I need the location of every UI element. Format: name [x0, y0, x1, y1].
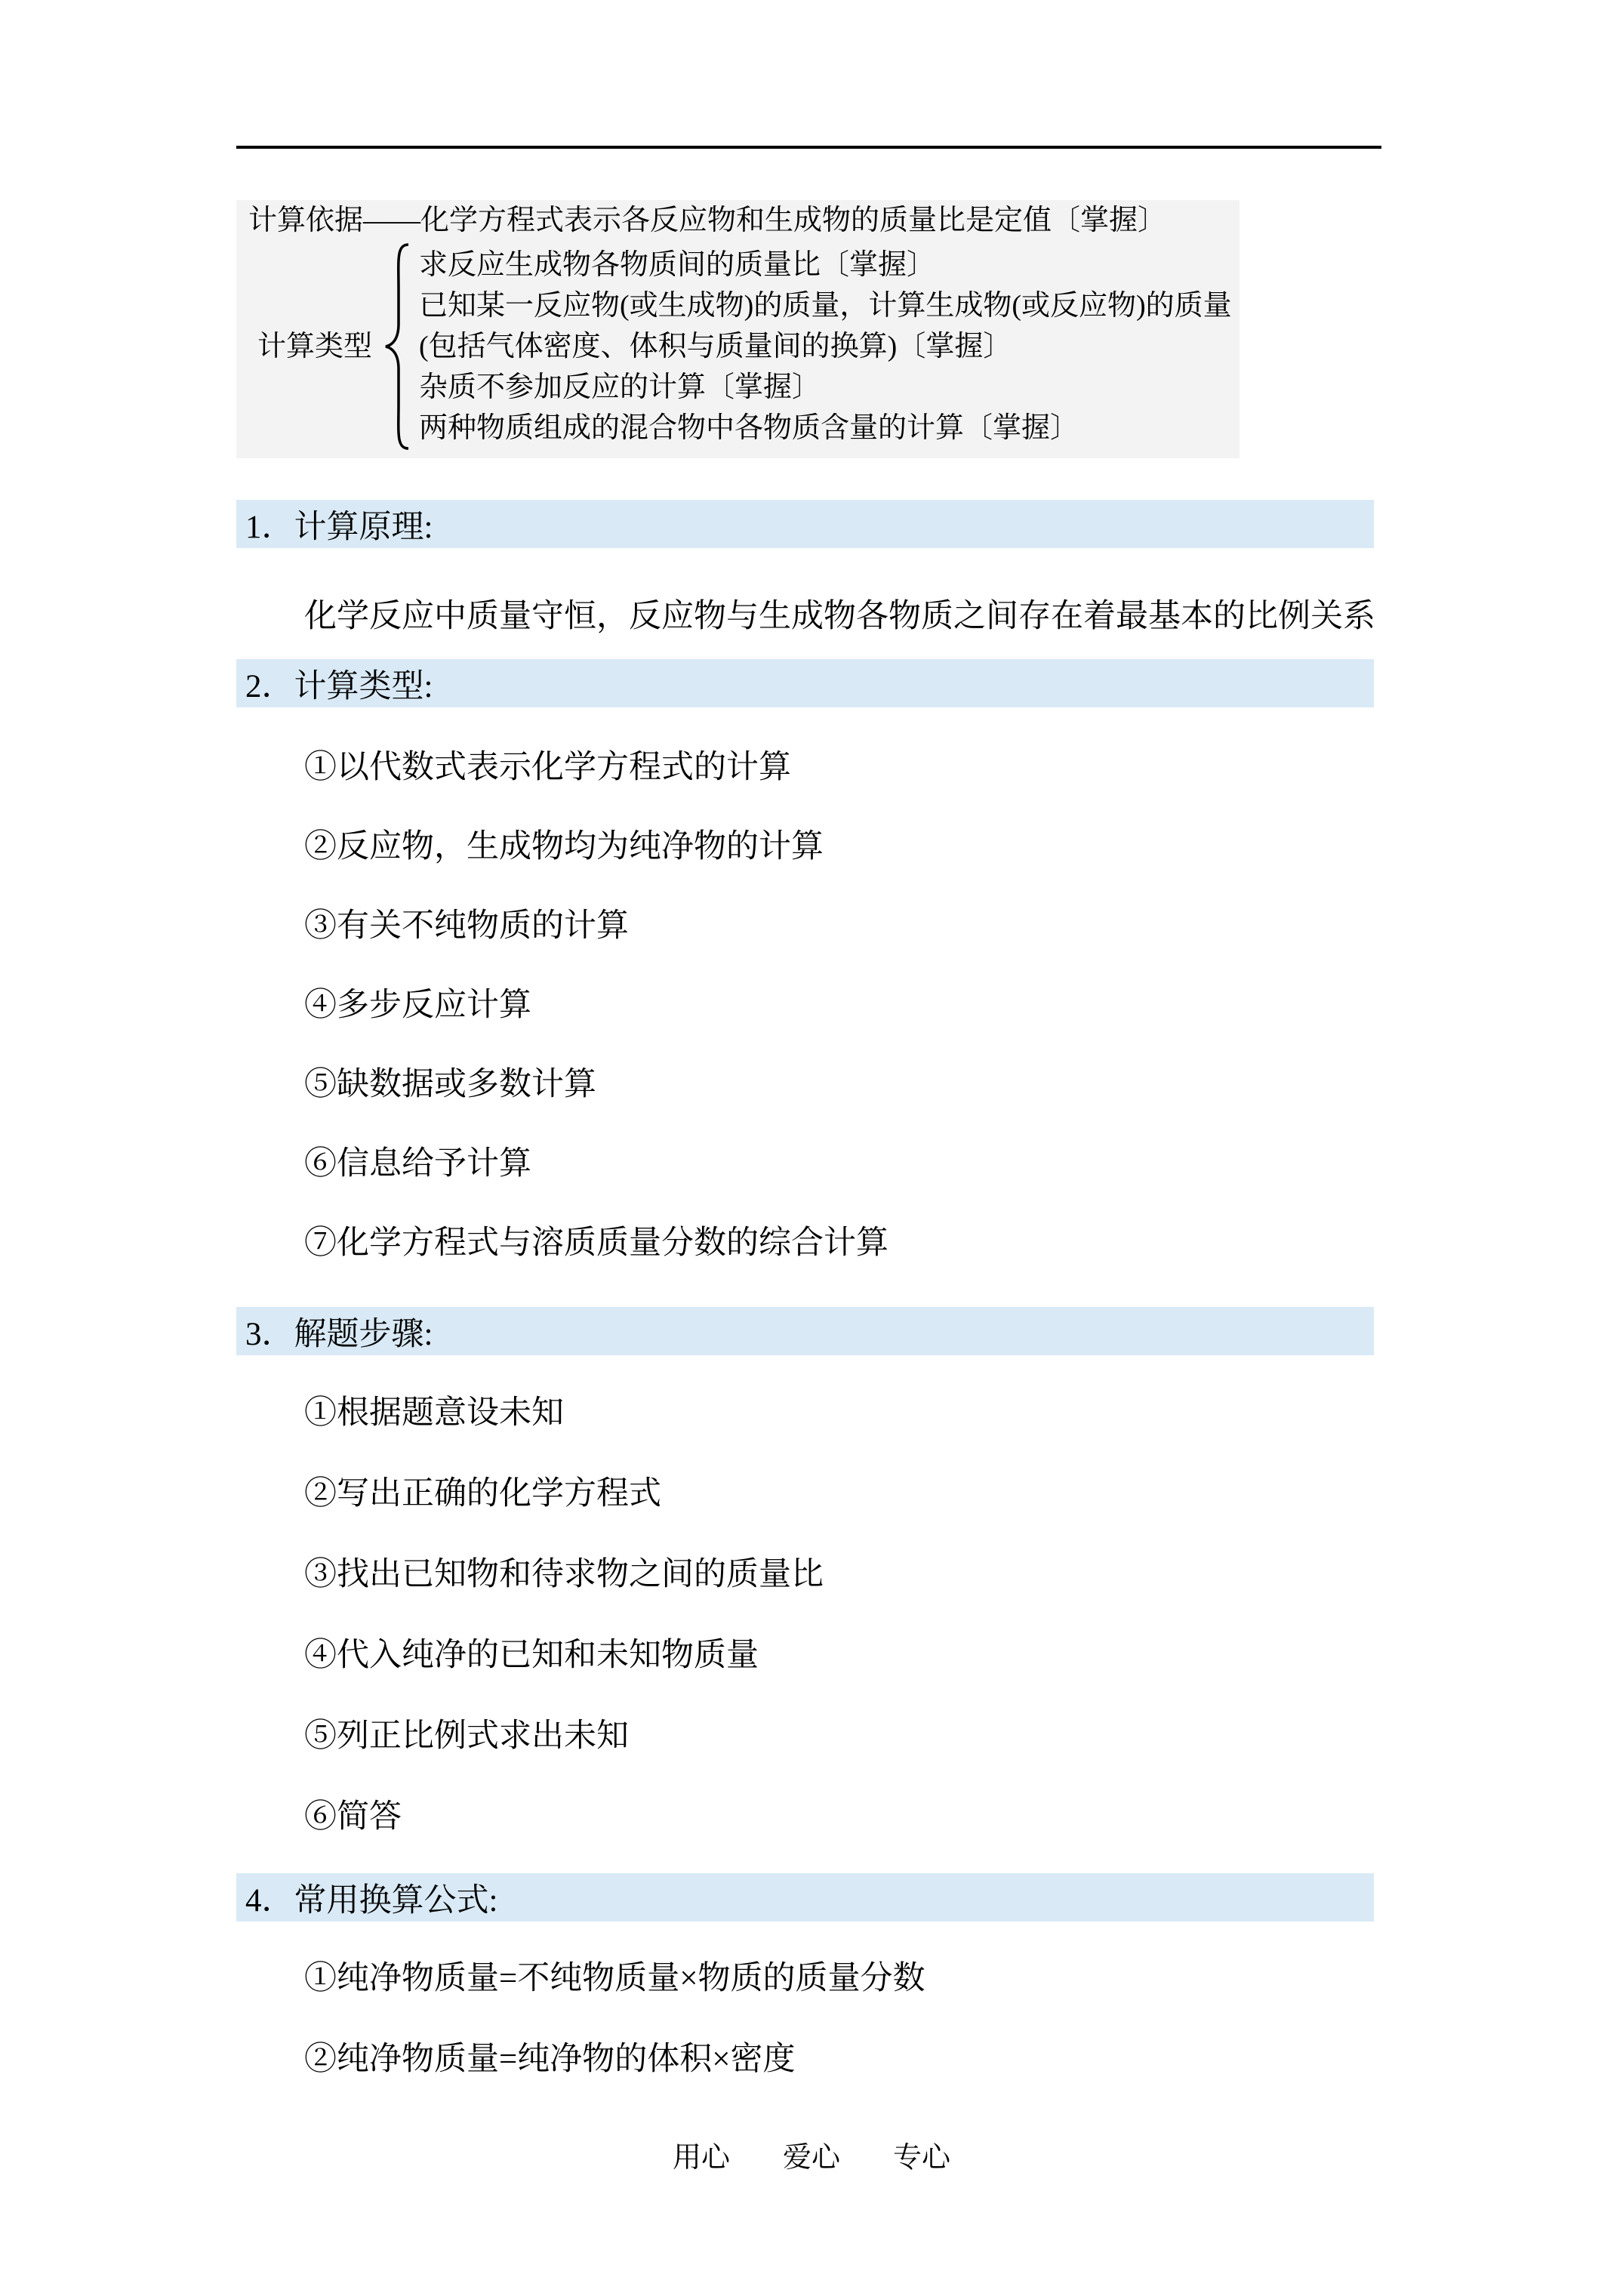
brace-item: 两种物质组成的混合物中各物质含量的计算〔掌握〕	[419, 408, 1232, 448]
section-heading-4: 4．常用换算公式:	[236, 1873, 1374, 1922]
intro-scan-image: 计算依据——化学方程式表示各反应物和生成物的质量比是定值〔掌握〕 计算类型 求反…	[236, 200, 1240, 458]
intro-line1: 计算依据——化学方程式表示各反应物和生成物的质量比是定值〔掌握〕	[248, 203, 1232, 238]
brace-item: 已知某一反应物(或生成物)的质量，计算生成物(或反应物)的质量	[419, 285, 1232, 326]
section-3-item: ③找出已知物和待求物之间的质量比	[304, 1558, 1387, 1592]
section-3-item: ⑤列正比例式求出未知	[304, 1720, 1387, 1753]
brace-item: 求反应生成物各物质间的质量比〔掌握〕	[419, 245, 1232, 285]
brace-label: 计算类型	[257, 329, 372, 364]
section-4-item: ①纯净物质量=不纯物质量×物质的质量分数	[304, 1962, 1387, 1996]
footer-word: 用心	[673, 2143, 730, 2172]
section-2-item: ①以代数式表示化学方程式的计算	[304, 751, 1387, 784]
brace-item: (包括气体密度、体积与质量间的换算)〔掌握〕	[419, 326, 1232, 367]
section-2-item: ③有关不纯物质的计算	[304, 910, 1387, 943]
section-2-item: ④多步反应计算	[304, 989, 1387, 1022]
curly-brace-icon	[383, 242, 414, 451]
footer-word: 爱心	[783, 2143, 840, 2172]
section-1-item: 化学反应中质量守恒，反应物与生成物各物质之间存在着最基本的比例关系	[304, 600, 1387, 633]
brace-item: 杂质不参加反应的计算〔掌握〕	[419, 367, 1232, 408]
section-2-item: ⑦化学方程式与溶质质量分数的综合计算	[304, 1227, 1387, 1260]
section-3-item: ②写出正确的化学方程式	[304, 1478, 1387, 1511]
top-rule	[236, 146, 1381, 149]
section-3-item: ①根据题意设未知	[304, 1397, 1387, 1430]
brace-diagram: 计算类型 求反应生成物各物质间的质量比〔掌握〕 已知某一反应物(或生成物)的质量…	[239, 242, 1232, 451]
page: 计算依据——化学方程式表示各反应物和生成物的质量比是定值〔掌握〕 计算类型 求反…	[236, 0, 1387, 2172]
section-3-item: ④代入纯净的已知和未知物质量	[304, 1639, 1387, 1672]
section-2-item: ⑤缺数据或多数计算	[304, 1068, 1387, 1102]
section-2-item: ②反应物，生成物均为纯净物的计算	[304, 831, 1387, 864]
section-2-item: ⑥信息给予计算	[304, 1148, 1387, 1181]
footer-word: 专心	[893, 2143, 950, 2172]
footer: 用心 爱心 专心	[236, 2143, 1387, 2172]
section-heading-1: 1．计算原理:	[236, 500, 1374, 548]
section-heading-3: 3．解题步骤:	[236, 1307, 1374, 1355]
section-heading-2: 2．计算类型:	[236, 659, 1374, 707]
section-3-item: ⑥简答	[304, 1801, 1387, 1834]
section-4-item: ②纯净物质量=纯净物的体积×密度	[304, 2043, 1387, 2076]
brace-items: 求反应生成物各物质间的质量比〔掌握〕 已知某一反应物(或生成物)的质量，计算生成…	[419, 245, 1232, 448]
